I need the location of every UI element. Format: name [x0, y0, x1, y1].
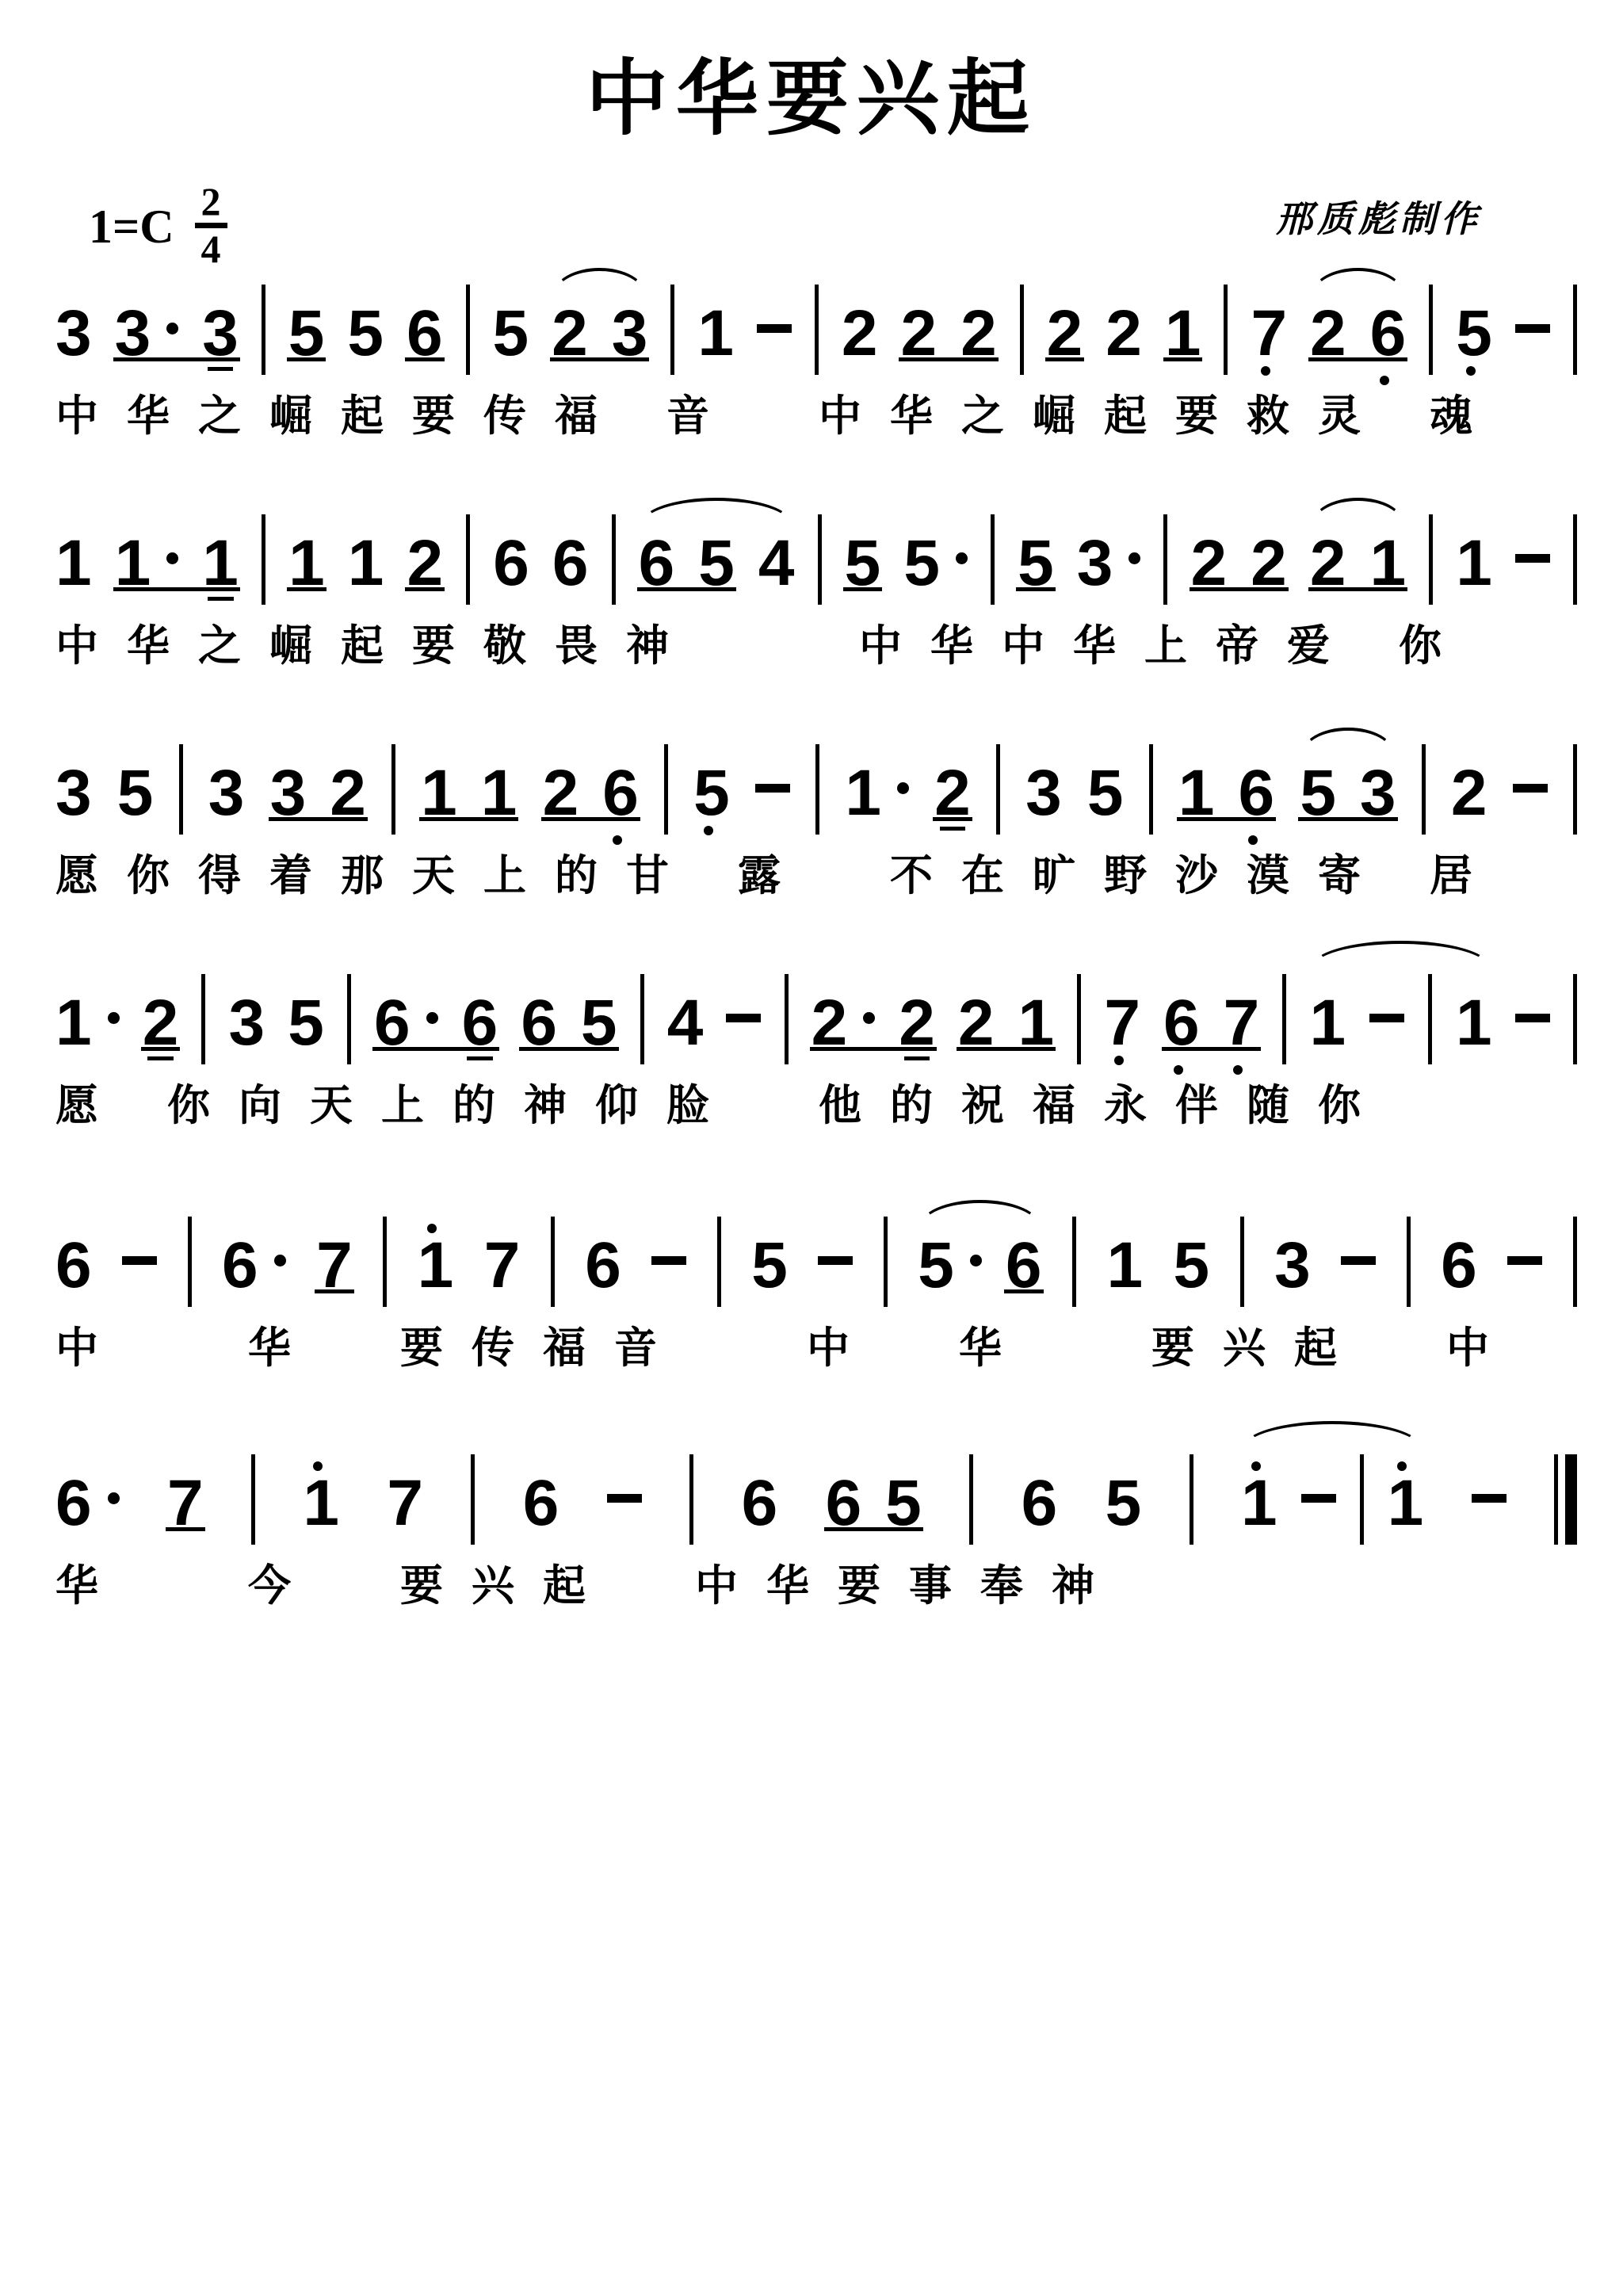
note-digit: 3 [1077, 531, 1113, 596]
dash [1515, 554, 1550, 563]
note: 1 [1309, 991, 1346, 1056]
duration-dot [970, 1255, 982, 1266]
duration-dot [863, 1012, 875, 1024]
note-digit: 2 [842, 301, 878, 366]
barline [466, 514, 470, 605]
slur-arc [1312, 498, 1404, 525]
dash [1472, 1494, 1507, 1503]
note-digit: 6 [1441, 1233, 1477, 1298]
note-group: 11 [1241, 1454, 1423, 1536]
underline [1163, 357, 1203, 361]
note-group: 16 [1178, 761, 1274, 826]
note: 5 [751, 1233, 788, 1298]
barline [1573, 285, 1577, 375]
note: 2 [143, 991, 179, 1056]
dash [122, 1256, 157, 1265]
barline [815, 285, 819, 375]
note: 2 [407, 531, 443, 596]
note-digit: 1 [55, 531, 92, 596]
note: 1 [115, 531, 179, 596]
note: 3 [229, 991, 265, 1056]
note: 1 [1456, 531, 1492, 596]
note-digit: 1 [481, 761, 517, 826]
note-digit: 3 [55, 301, 92, 366]
lyrics-row: 愿你得着那天上的甘 露 不在旷野沙漠寄 居 [55, 842, 1577, 903]
dash [1341, 1256, 1376, 1265]
note: 5 [581, 991, 617, 1056]
note-digit: 6 [55, 1233, 92, 1298]
lyrics-row: 华 今 要兴起 中华要事奉神 [55, 1552, 1577, 1613]
barline [670, 285, 674, 375]
barline [1573, 514, 1577, 605]
barline [1573, 744, 1577, 835]
note-digit: 5 [1106, 1471, 1142, 1536]
note-digit: 1 [1106, 1233, 1143, 1298]
note-digit: 1 [115, 531, 151, 596]
note: 1 [303, 1471, 339, 1536]
barline [612, 514, 616, 605]
note: 5 [493, 301, 529, 366]
note: 5 [1456, 301, 1492, 366]
note-digit: 4 [758, 531, 795, 596]
note: 6 [1022, 1471, 1058, 1536]
note: 6 [1006, 1233, 1042, 1298]
note: 3 [1274, 1233, 1311, 1298]
note-group: 65 [826, 1471, 922, 1536]
slur-arc [640, 498, 793, 525]
note-digit: 3 [115, 301, 151, 366]
key-label: 1=C [89, 203, 174, 250]
note: 5 [1300, 761, 1336, 826]
barline [969, 1454, 973, 1545]
note: 6 [1370, 301, 1407, 366]
note: 7 [167, 1471, 204, 1536]
note-digit: 5 [1300, 761, 1336, 826]
note: 1 [1018, 991, 1055, 1056]
beam-underline [810, 1047, 937, 1051]
note-digit: 1 [1456, 991, 1492, 1056]
note-digit: 5 [751, 1233, 788, 1298]
note-digit: 6 [222, 1233, 258, 1298]
note: 2 [1106, 301, 1142, 366]
note-digit: 6 [1239, 761, 1275, 826]
barline [815, 744, 819, 835]
underline [933, 817, 972, 821]
note-group: 26 [1310, 301, 1406, 366]
system-2: 11111266654555322211中华之崛起要敬畏神 中华中华上帝爱 你 [55, 528, 1577, 673]
beam-underline [269, 817, 368, 821]
note: 2 [1451, 761, 1487, 826]
note: 2 [552, 301, 588, 366]
note: 2 [842, 301, 878, 366]
duration-dot [956, 552, 968, 564]
beam-underline [1298, 817, 1397, 821]
note-group: 11 [421, 761, 517, 826]
note-digit: 5 [1087, 761, 1124, 826]
page-title: 中华要兴起 [0, 32, 1623, 151]
note: 1 [481, 761, 517, 826]
underline [904, 1056, 930, 1060]
note-digit: 6 [462, 991, 498, 1056]
note-digit: 5 [845, 531, 881, 596]
underline [940, 827, 966, 831]
note: 2 [1310, 301, 1346, 366]
underline [1016, 587, 1056, 591]
note-digit: 6 [639, 531, 675, 596]
barline [1149, 744, 1153, 835]
barline [391, 744, 395, 835]
note: 2 [1251, 531, 1287, 596]
note-digit: 2 [899, 991, 935, 1056]
beam-underline [113, 357, 240, 361]
note: 1 [55, 531, 92, 596]
note-digit: 5 [918, 1233, 954, 1298]
note: 1 [202, 531, 239, 596]
note-digit: 1 [1456, 531, 1492, 596]
note-digit: 3 [1274, 1233, 1311, 1298]
note: 2 [899, 991, 935, 1056]
note-digit: 2 [1310, 301, 1346, 366]
note-digit: 2 [1451, 761, 1487, 826]
note-digit: 6 [1163, 991, 1200, 1056]
note-digit: 5 [885, 1471, 922, 1536]
note-digit: 6 [1370, 301, 1407, 366]
octave-dot-low [1261, 366, 1270, 376]
barline [1428, 974, 1432, 1064]
note-digit: 7 [316, 1233, 353, 1298]
dash [1507, 1256, 1542, 1265]
note-digit: 2 [143, 991, 179, 1056]
barline [1190, 1454, 1193, 1545]
note-digit: 6 [55, 1471, 92, 1536]
note: 5 [1106, 1471, 1142, 1536]
note-digit: 2 [958, 991, 995, 1056]
notes-row: 671766656511 [55, 1468, 1577, 1536]
note-digit: 5 [1018, 531, 1054, 596]
note-digit: 7 [484, 1233, 521, 1298]
note-digit: 5 [581, 991, 617, 1056]
note-digit: 2 [934, 761, 971, 826]
note: 6 [826, 1471, 862, 1536]
sheet-page: 中华要兴起 1=C 2 4 邢质彪制作 33355652312222217265… [0, 0, 1623, 2296]
key-signature: 1=C 2 4 [89, 181, 227, 269]
underline [208, 597, 234, 601]
note: 1 [55, 991, 120, 1056]
note: 3 [1025, 761, 1062, 826]
note: 6 [742, 1471, 778, 1536]
note: 6 [55, 1233, 92, 1298]
barline [1407, 1217, 1411, 1307]
note: 4 [667, 991, 704, 1056]
note-digit: 6 [742, 1471, 778, 1536]
beam-underline [1177, 817, 1276, 821]
note-digit: 6 [407, 301, 443, 366]
note-digit: 1 [1165, 301, 1201, 366]
note-digit: 2 [900, 301, 937, 366]
barline [1422, 744, 1426, 835]
barline [1573, 1217, 1577, 1307]
dash [1515, 1014, 1550, 1022]
beam-underline [1308, 587, 1407, 591]
note: 5 [117, 761, 154, 826]
note: 6 [1239, 761, 1275, 826]
note-digit: 1 [202, 531, 239, 596]
duration-dot [166, 323, 178, 334]
final-barline-thick [1565, 1454, 1577, 1545]
note: 1 [1388, 1471, 1424, 1536]
note-digit: 1 [1369, 531, 1406, 596]
note: 6 [552, 531, 589, 596]
note-digit: 3 [55, 761, 92, 826]
note: 7 [316, 1233, 353, 1298]
note: 7 [1251, 301, 1287, 366]
underline [405, 357, 445, 361]
barline [262, 514, 265, 605]
notes-row: 3533211265123516532 [55, 758, 1577, 826]
note-digit: 6 [826, 1471, 862, 1536]
octave-dot-low [613, 835, 622, 845]
note-digit: 2 [960, 301, 997, 366]
duration-dot [1128, 552, 1140, 564]
note-digit: 1 [1388, 1471, 1424, 1536]
underline [467, 1056, 493, 1060]
duration-dot [274, 1255, 286, 1266]
barline [383, 1217, 387, 1307]
note-digit: 3 [1360, 761, 1396, 826]
note: 2 [900, 301, 937, 366]
barline [996, 744, 1000, 835]
barline [991, 514, 995, 605]
note: 3 [55, 301, 92, 366]
note-digit: 5 [903, 531, 940, 596]
note-group: 21 [1310, 531, 1406, 596]
note: 3 [202, 301, 239, 366]
note: 2 [1047, 301, 1083, 366]
note-group: 21 [958, 991, 1054, 1056]
note: 5 [1018, 531, 1054, 596]
note: 1 [288, 531, 325, 596]
note-digit: 4 [667, 991, 704, 1056]
note: 5 [347, 301, 384, 366]
note-digit: 6 [374, 991, 411, 1056]
note-digit: 1 [418, 1233, 454, 1298]
note-digit: 7 [167, 1471, 204, 1536]
note: 6 [1163, 991, 1200, 1056]
dash [607, 1494, 642, 1503]
octave-dot-low [1466, 366, 1476, 376]
note-group: 654 [639, 531, 795, 596]
lyrics-row: 中 华 要传福音 中 华 要兴起 中 [55, 1314, 1577, 1375]
barline [1020, 285, 1024, 375]
underline [141, 1047, 181, 1051]
note: 6 [521, 991, 557, 1056]
beam-underline [519, 1047, 618, 1051]
note: 2 [934, 761, 971, 826]
note: 2 [330, 761, 366, 826]
underline [287, 587, 327, 591]
note: 1 [1178, 761, 1215, 826]
barline [188, 1217, 192, 1307]
dash [818, 1256, 853, 1265]
dash [1513, 784, 1548, 793]
barline [1429, 285, 1433, 375]
note-digit: 1 [348, 531, 384, 596]
dash [1515, 324, 1550, 333]
barline [818, 514, 822, 605]
octave-dot-low [704, 826, 713, 835]
beam-underline [824, 1527, 923, 1531]
note-digit: 6 [602, 761, 639, 826]
note: 5 [698, 531, 735, 596]
beam-underline [957, 1047, 1056, 1051]
underline [843, 587, 883, 591]
underline [166, 1527, 205, 1531]
note: 3 [1077, 531, 1141, 596]
note: 6 [493, 531, 529, 596]
barline [262, 285, 265, 375]
note: 2 [811, 991, 876, 1056]
note-group: 56 [918, 1233, 1041, 1298]
beam-underline [637, 587, 736, 591]
slur-arc [1243, 1421, 1422, 1448]
note-digit: 1 [845, 761, 881, 826]
note-digit: 2 [1191, 531, 1228, 596]
note-digit: 1 [697, 301, 734, 366]
note-group: 11 [1309, 974, 1491, 1056]
note-digit: 2 [543, 761, 579, 826]
note-digit: 2 [1047, 301, 1083, 366]
note: 1 [1106, 1233, 1143, 1298]
note-digit: 5 [117, 761, 154, 826]
duration-dot [426, 1012, 438, 1024]
underline [208, 367, 234, 371]
lyrics-row: 中华之崛起要传福 音 中华之崛起要救灵 魂 [55, 382, 1577, 443]
note-digit: 5 [288, 991, 324, 1056]
barline [1163, 514, 1167, 605]
note-digit: 6 [493, 531, 529, 596]
barline [466, 285, 470, 375]
note-digit: 5 [288, 301, 325, 366]
dash [1369, 1014, 1404, 1022]
note: 6 [462, 991, 498, 1056]
note-group: 67 [1163, 991, 1259, 1056]
note: 1 [348, 531, 384, 596]
note: 3 [612, 301, 648, 366]
slur-arc [1311, 941, 1490, 968]
note: 5 [693, 761, 730, 826]
note: 2 [1191, 531, 1228, 596]
notes-row: 6671765561536 [55, 1230, 1577, 1298]
note: 7 [387, 1471, 423, 1536]
note: 7 [1224, 991, 1260, 1056]
barline [1573, 974, 1577, 1064]
note: 6 [1441, 1233, 1477, 1298]
note-group: 65 [521, 991, 617, 1056]
barline [1072, 1217, 1076, 1307]
note-digit: 6 [1006, 1233, 1042, 1298]
note-digit: 1 [1018, 991, 1055, 1056]
notes-row: 123566654222176711 [55, 988, 1577, 1056]
octave-dot-low [1114, 1056, 1124, 1065]
beam-underline [899, 357, 998, 361]
note-digit: 3 [229, 991, 265, 1056]
duration-dot [166, 552, 178, 564]
note-group: 22 [1191, 531, 1287, 596]
note: 5 [845, 531, 881, 596]
note-digit: 2 [811, 991, 848, 1056]
note-digit: 1 [55, 991, 92, 1056]
note-group: 32 [270, 761, 366, 826]
time-signature: 2 4 [195, 181, 227, 269]
note-digit: 5 [1456, 301, 1492, 366]
note: 5 [1087, 761, 1124, 826]
note-group: 66 [374, 991, 498, 1056]
note-digit: 6 [521, 991, 557, 1056]
note: 3 [1360, 761, 1396, 826]
barline [689, 1454, 693, 1545]
note-group: 65 [639, 531, 735, 596]
dash [1301, 1494, 1336, 1503]
beam-underline [541, 817, 640, 821]
barline [884, 1217, 888, 1307]
system-3: 3533211265123516532愿你得着那天上的甘 露 不在旷野沙漠寄 居 [55, 758, 1577, 903]
note: 6 [55, 1471, 120, 1536]
note: 6 [523, 1471, 559, 1536]
barline [1077, 974, 1081, 1064]
note-digit: 3 [270, 761, 307, 826]
note-digit: 6 [552, 531, 589, 596]
barline [640, 974, 644, 1064]
notes-row: 11111266654555322211 [55, 528, 1577, 596]
beam-underline [372, 1047, 499, 1051]
note-digit: 3 [1025, 761, 1062, 826]
beam-underline [550, 357, 649, 361]
note-digit: 1 [1241, 1471, 1277, 1536]
note-digit: 2 [407, 531, 443, 596]
slur-arc [1312, 268, 1404, 295]
underline [315, 1289, 354, 1293]
barline [1282, 974, 1286, 1064]
note: 6 [374, 991, 438, 1056]
note-digit: 5 [698, 531, 735, 596]
system-1: 33355652312222217265中华之崛起要传福 音 中华之崛起要救灵 … [55, 298, 1577, 443]
note: 6 [222, 1233, 286, 1298]
notes-row: 33355652312222217265 [55, 298, 1577, 366]
beam-underline [419, 817, 518, 821]
note: 4 [758, 531, 795, 596]
beam-underline [113, 587, 240, 591]
note-digit: 2 [330, 761, 366, 826]
note-digit: 3 [612, 301, 648, 366]
note-digit: 1 [303, 1471, 339, 1536]
system-6: 671766656511华 今 要兴起 中华要事奉神 [55, 1468, 1577, 1613]
duration-dot [108, 1012, 120, 1024]
note-digit: 6 [1022, 1471, 1058, 1536]
lyrics-row: 愿 你向天上的神仰脸 他的祝福永伴随你 [55, 1072, 1577, 1133]
note-group: 33 [115, 301, 239, 366]
slur-arc [553, 268, 646, 295]
note: 2 [1310, 531, 1346, 596]
note: 5 [903, 531, 968, 596]
note-digit: 7 [1251, 301, 1287, 366]
note-digit: 1 [421, 761, 457, 826]
octave-dot-high [1251, 1461, 1261, 1471]
note-digit: 1 [288, 531, 325, 596]
note: 1 [1165, 301, 1201, 366]
composer-credit: 邢质彪制作 [1276, 190, 1482, 243]
note-group: 22 [900, 301, 996, 366]
note-digit: 5 [1174, 1233, 1210, 1298]
